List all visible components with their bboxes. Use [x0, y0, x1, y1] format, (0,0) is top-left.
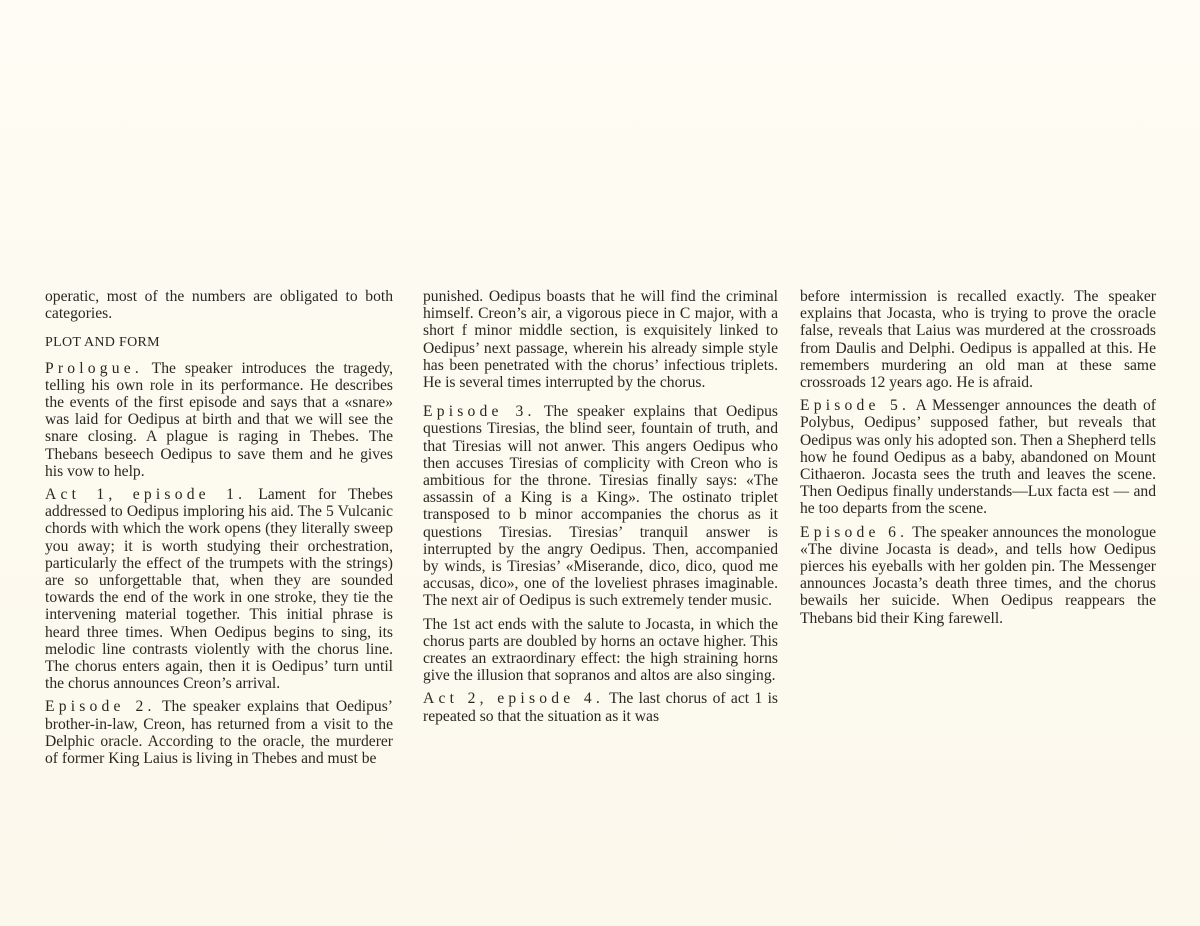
paragraph-text: before intermission is recalled exactly.…	[800, 288, 1156, 391]
paragraph-lead: Episode 2.	[45, 698, 156, 715]
document-page: operatic, most of the numbers are obliga…	[0, 0, 1200, 926]
paragraph-text: A Messenger announces the death of Polyb…	[800, 397, 1156, 517]
paragraph-episode5: Episode 5. A Messenger announces the dea…	[800, 397, 1156, 517]
paragraph-episode2-continuation: punished. Oedipus boasts that he will fi…	[423, 288, 778, 391]
text-column-2: punished. Oedipus boasts that he will fi…	[423, 288, 778, 731]
paragraph-text: Lament for Thebes addressed to Oedipus i…	[45, 486, 393, 692]
paragraph-episode6: Episode 6. The speaker announces the mon…	[800, 524, 1156, 627]
paragraph-text: operatic, most of the numbers are obliga…	[45, 288, 393, 322]
paragraph-act1-ending: The 1st act ends with the salute to Joca…	[423, 616, 778, 685]
paragraph-lead: Act 1, episode 1.	[45, 486, 246, 503]
paragraph-text: The speaker explains that Oedipus questi…	[423, 403, 778, 609]
paragraph-text: The 1st act ends with the salute to Joca…	[423, 616, 778, 685]
paragraph-episode2: Episode 2. The speaker explains that Oed…	[45, 698, 393, 767]
paragraph-episode3: Episode 3. The speaker explains that Oed…	[423, 403, 778, 609]
paragraph-intro-continuation: operatic, most of the numbers are obliga…	[45, 288, 393, 322]
paragraph-lead: Episode 5.	[800, 397, 910, 414]
paragraph-lead: Episode 6.	[800, 524, 908, 541]
paragraph-episode4-continuation: before intermission is recalled exactly.…	[800, 288, 1156, 391]
paragraph-text: punished. Oedipus boasts that he will fi…	[423, 288, 778, 391]
text-column-1: operatic, most of the numbers are obliga…	[45, 288, 393, 773]
text-column-3: before intermission is recalled exactly.…	[800, 288, 1156, 633]
paragraph-lead: Prologue.	[45, 360, 143, 377]
section-heading-plot-and-form: PLOT AND FORM	[45, 334, 393, 351]
paragraph-text: The speaker introduces the tragedy, tell…	[45, 360, 393, 480]
paragraph-lead: Act 2, episode 4.	[423, 690, 604, 707]
paragraph-act1-episode1: Act 1, episode 1. Lament for Thebes addr…	[45, 486, 393, 692]
paragraph-act2-episode4: Act 2, episode 4. The last chorus of act…	[423, 690, 778, 724]
paragraph-lead: Episode 3.	[423, 403, 536, 420]
paragraph-prologue: Prologue. The speaker introduces the tra…	[45, 360, 393, 480]
